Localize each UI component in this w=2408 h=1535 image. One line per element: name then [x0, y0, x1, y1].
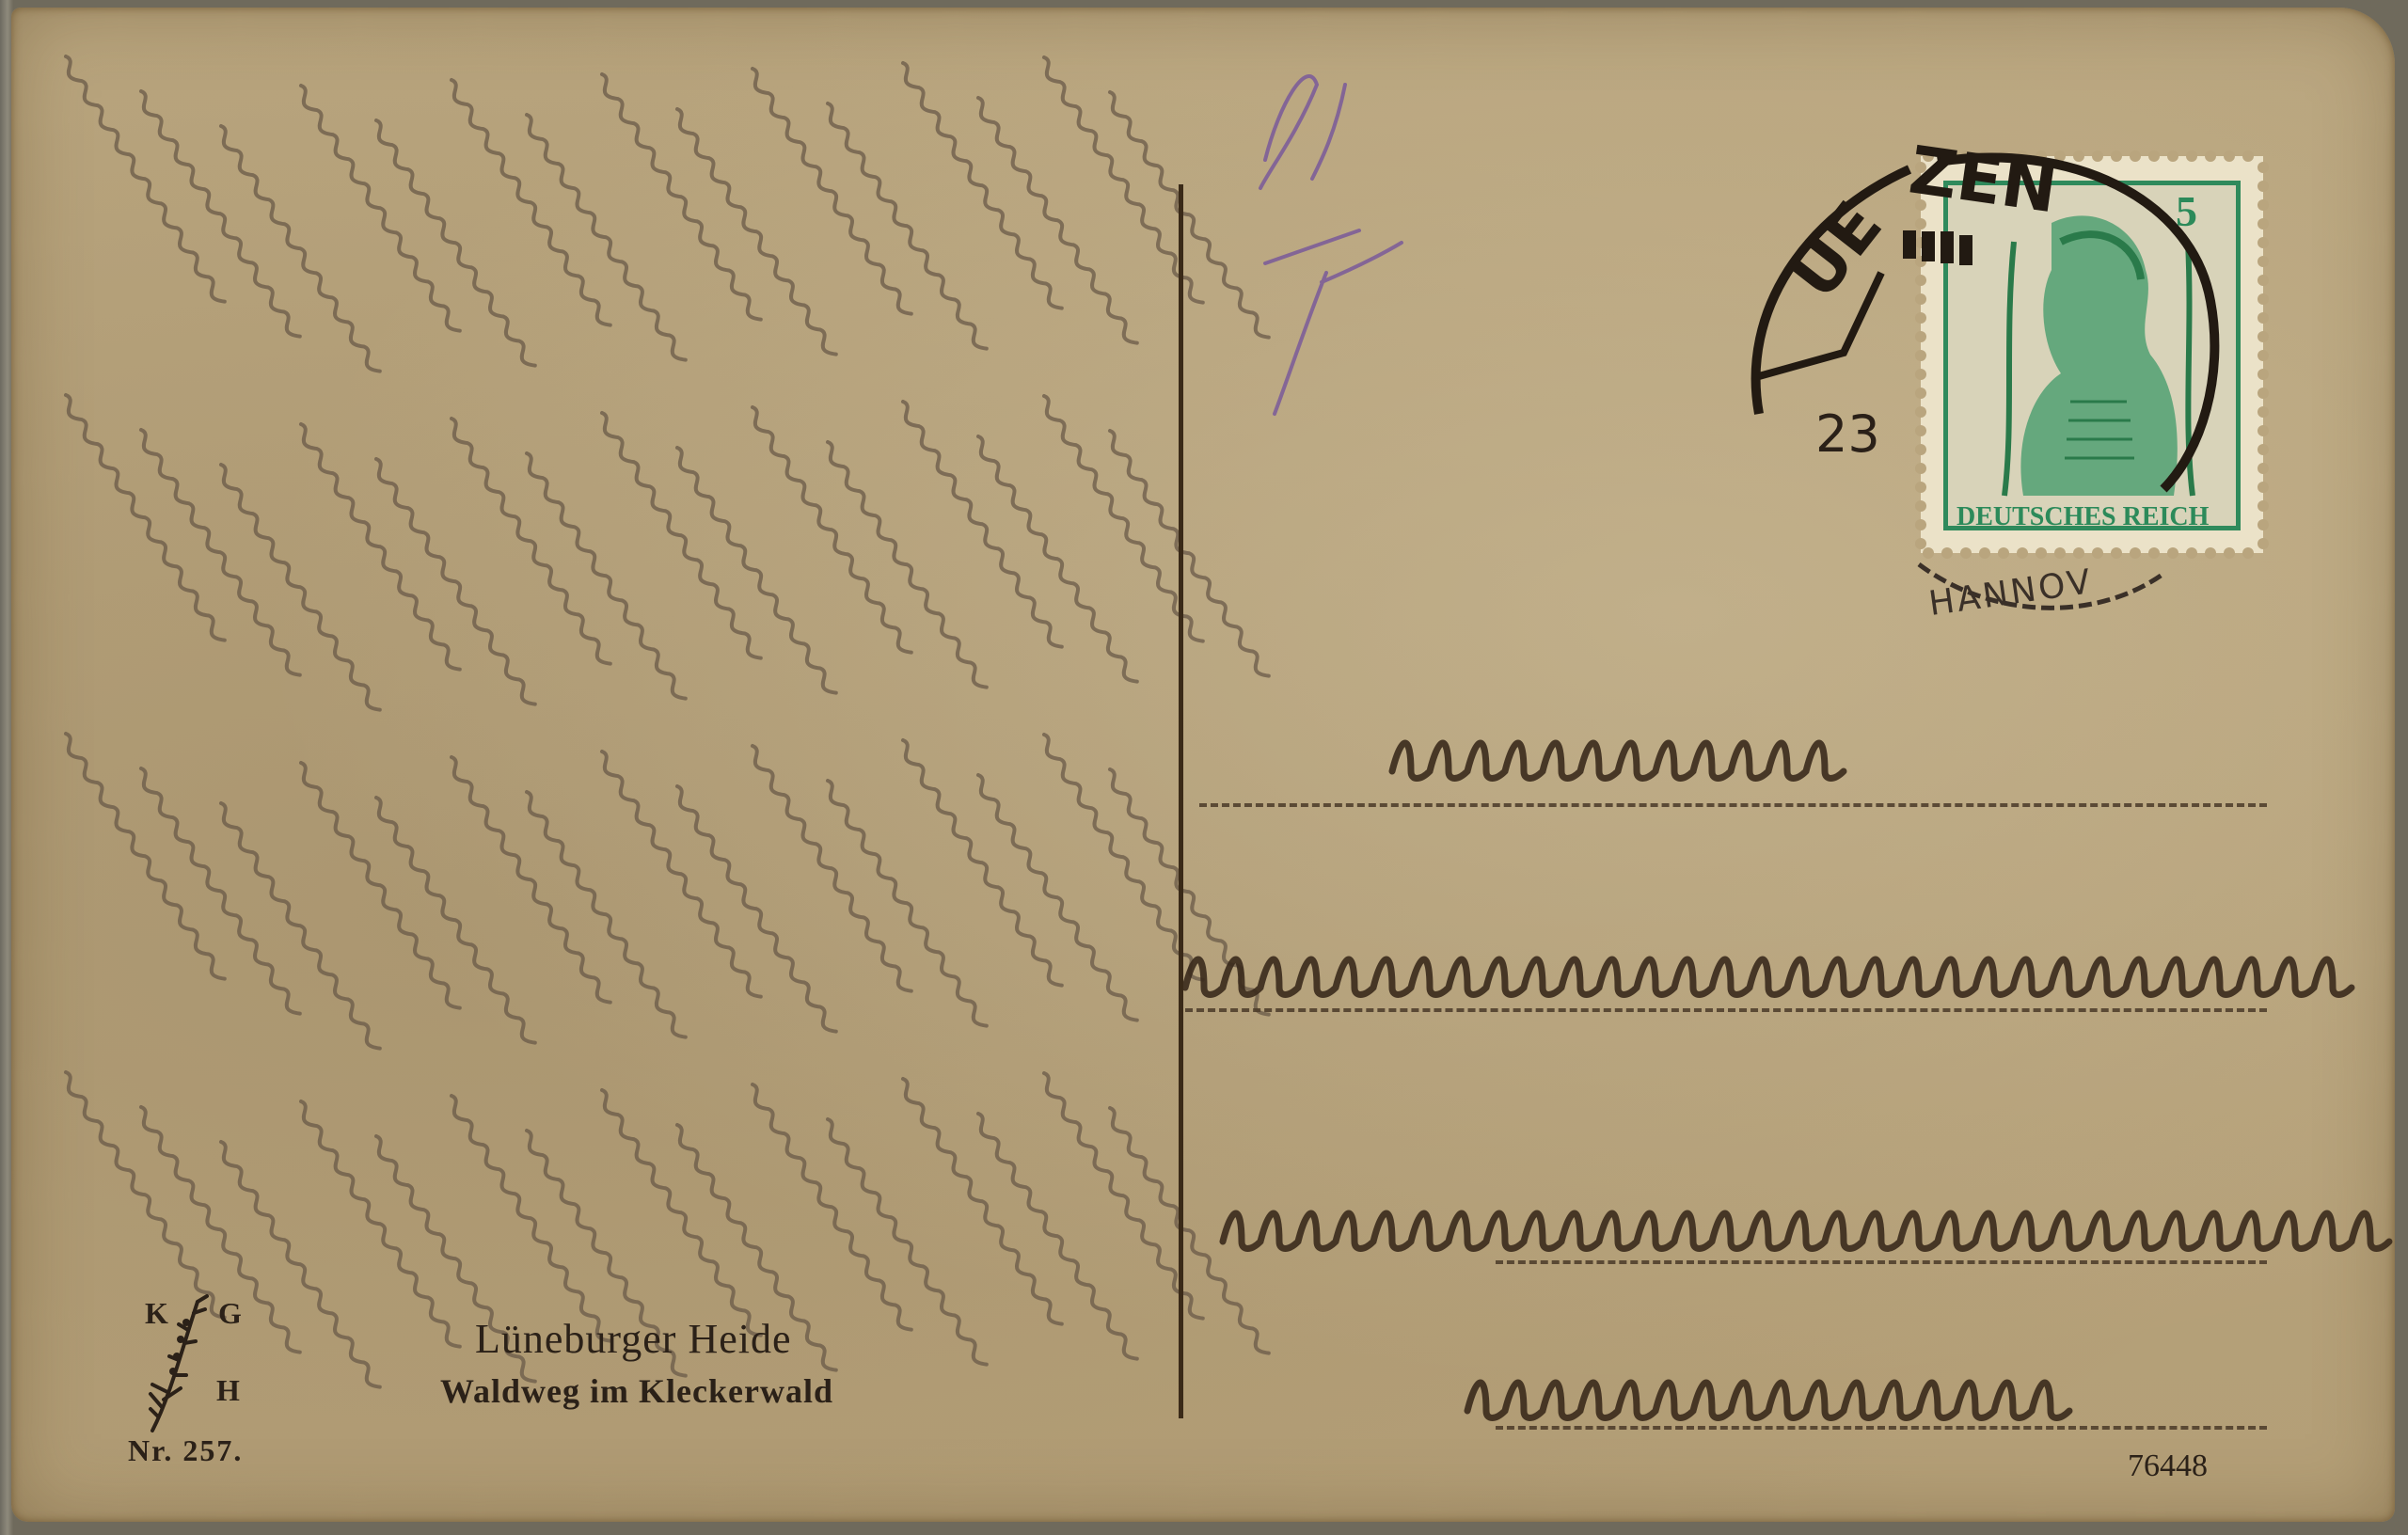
- postmark-cancellation: [0, 0, 2408, 1535]
- postmark-day: 23: [1815, 404, 1880, 464]
